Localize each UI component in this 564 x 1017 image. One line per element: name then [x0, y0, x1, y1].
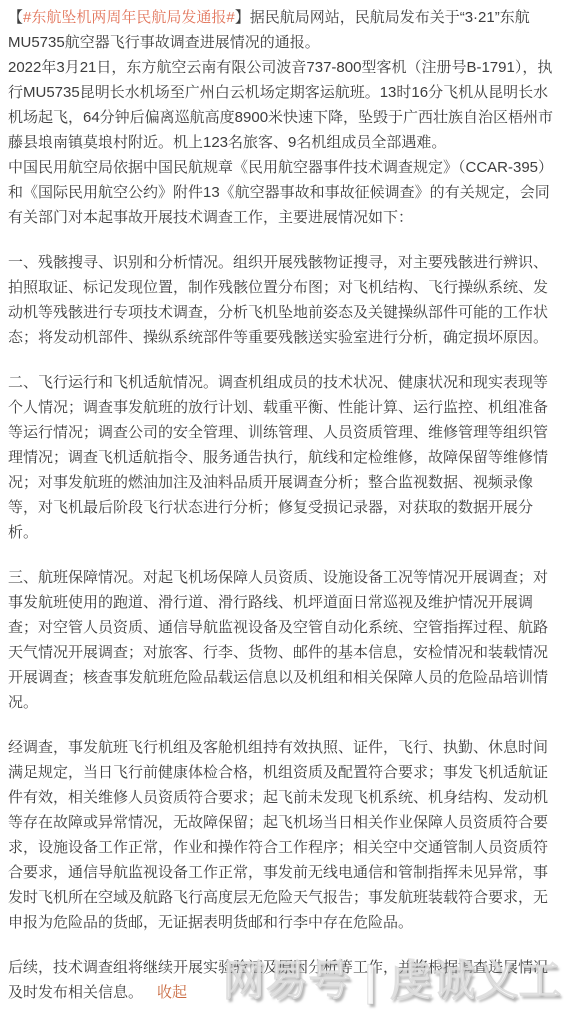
closing-text: 后续，技术调查组将继续开展实验验证及原因分析等工作，并将根据调查进展情况及时发布… [8, 959, 548, 1001]
lead-bracket-close: 】 [235, 9, 250, 26]
paragraph-findings: 经调查，事发航班飞行机组及客舱机组持有效执照、证件，飞行、执勤、休息时间满足规定… [8, 735, 555, 935]
collapse-link[interactable]: 收起 [157, 984, 187, 1001]
topic-hashtag-link[interactable]: #东航坠机两周年民航局发通报# [23, 9, 235, 26]
section-2-flight-operations-airworthiness: 二、飞行运行和飞机适航情况。调查机组成员的技术状况、健康状况和现实表现等个人情况… [8, 370, 555, 545]
closing-paragraph: 后续，技术调查组将继续开展实验验证及原因分析等工作，并将根据调查进展情况及时发布… [8, 955, 555, 1005]
lead-bracket-open: 【 [8, 9, 23, 26]
section-1-wreckage-analysis: 一、残骸搜寻、识别和分析情况。组织开展残骸物证搜寻，对主要残骸进行辨识、拍照取证… [8, 250, 555, 350]
article-body: 【#东航坠机两周年民航局发通报#】据民航局网站，民航局发布关于“3·21”东航M… [0, 0, 564, 1005]
lead-paragraph: 【#东航坠机两周年民航局发通报#】据民航局网站，民航局发布关于“3·21”东航M… [8, 5, 555, 55]
paragraph-incident-summary: 2022年3月21日，东方航空云南有限公司波音737-800型客机（注册号B-1… [8, 55, 555, 155]
section-3-flight-support: 三、航班保障情况。对起飞机场保障人员资质、设施设备工况等情况开展调查；对事发航班… [8, 565, 555, 715]
paragraph-investigation-basis: 中国民用航空局依据中国民航规章《民用航空器事件技术调查规定》（CCAR-395）… [8, 155, 555, 230]
